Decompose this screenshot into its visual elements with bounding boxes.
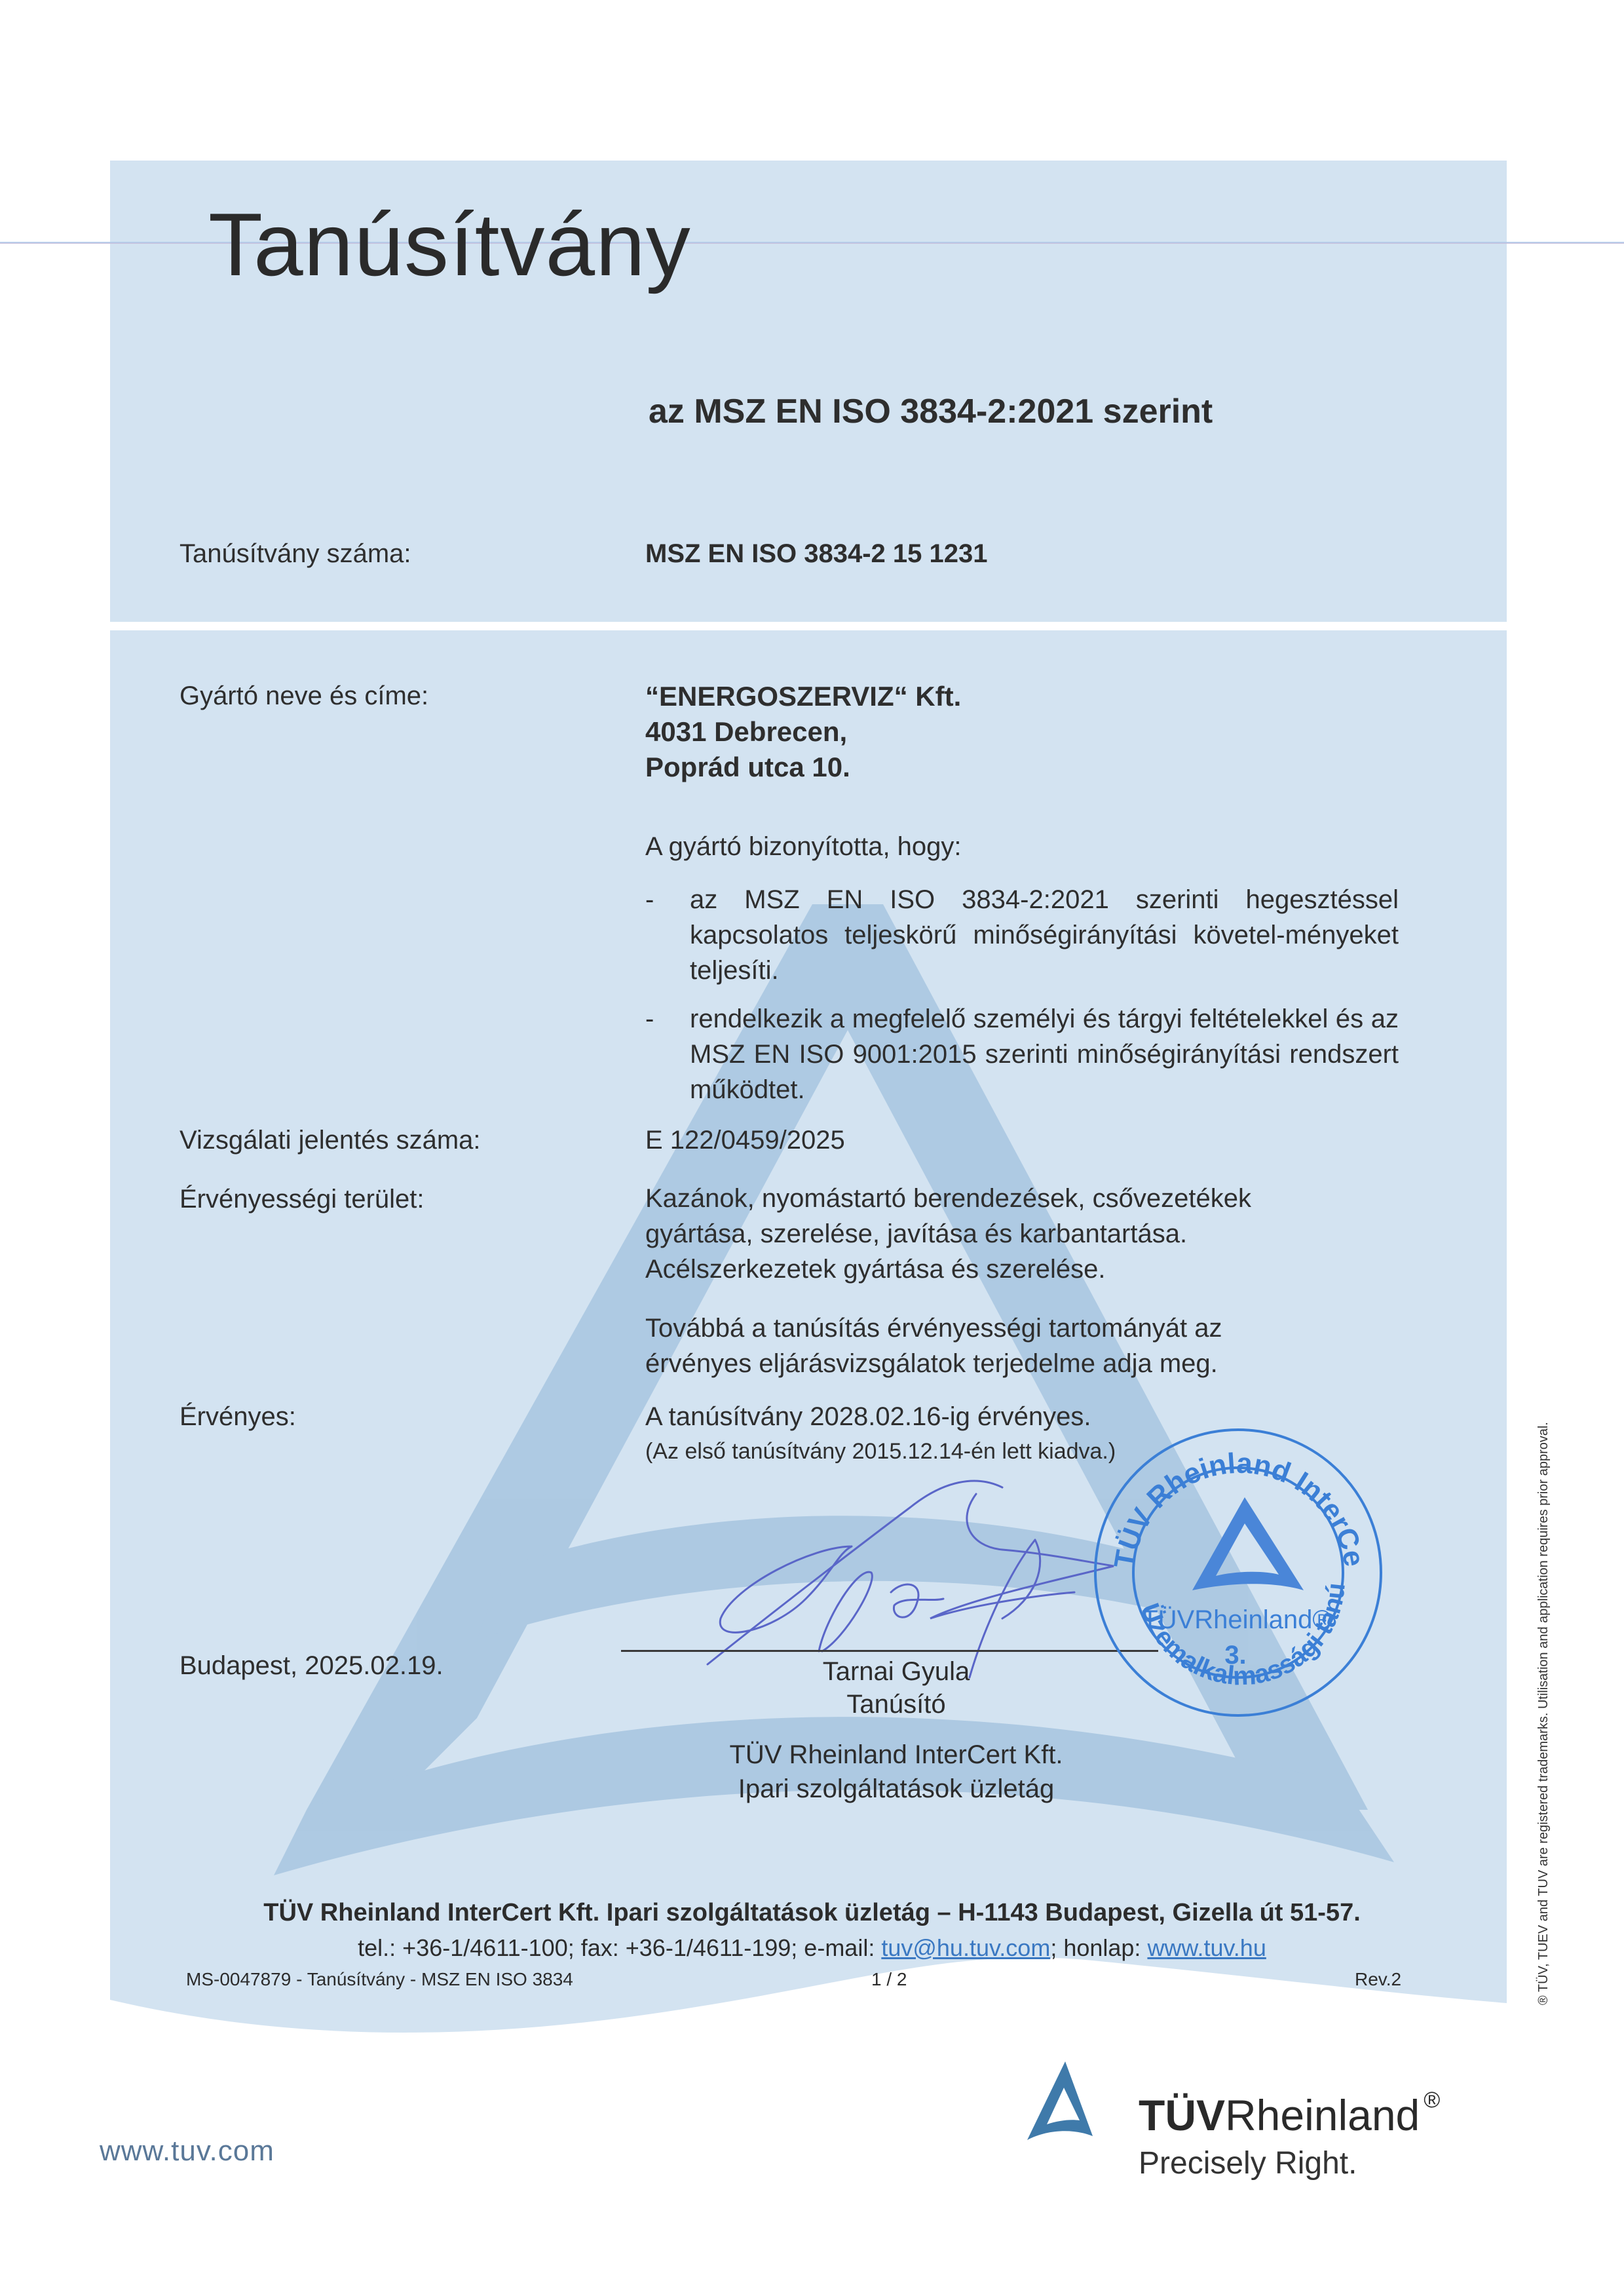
stamp-number: 3. [1224, 1641, 1246, 1670]
issuer-org: TÜV Rheinland InterCert Kft. [634, 1738, 1158, 1772]
scope-note: Továbbá a tanúsítás érvényességi tartomá… [645, 1311, 1222, 1381]
manufacturer-address-line2: Poprád utca 10. [645, 750, 961, 785]
issuer-block: TÜV Rheinland InterCert Kft. Ipari szolg… [634, 1738, 1158, 1806]
proof-bullet-text: az MSZ EN ISO 3834-2:2021 szerinti heges… [690, 882, 1399, 988]
footer-doc-code: MS-0047879 - Tanúsítvány - MSZ EN ISO 38… [186, 1969, 573, 1990]
brand-rest: Rheinland [1225, 2091, 1420, 2139]
scope-block: Kazánok, nyomástartó berendezések, csőve… [645, 1181, 1251, 1287]
proof-intro: A gyártó bizonyította, hogy: [645, 832, 962, 862]
bullet-dash: - [645, 1001, 654, 1037]
scope-label: Érvényességi terület: [179, 1185, 425, 1214]
footer-email-link[interactable]: tuv@hu.tuv.com [881, 1934, 1050, 1961]
certificate-number-value: MSZ EN ISO 3834-2 15 1231 [645, 539, 988, 569]
stamp-brand-text: TÜVRheinland® [1142, 1605, 1332, 1634]
test-report-value: E 122/0459/2025 [645, 1126, 845, 1155]
footer-homepage-link[interactable]: www.tuv.hu [1147, 1934, 1266, 1961]
footer-revision: Rev.2 [1355, 1969, 1401, 1990]
manufacturer-name: “ENERGOSZERVIZ“ Kft. [645, 679, 961, 714]
footer-homepage-label: ; honlap: [1050, 1934, 1147, 1961]
tuv-logo-triangle-icon [1027, 2059, 1093, 2144]
scope-note-line: érvényes eljárásvizsgálatok terjedelme a… [645, 1346, 1222, 1381]
bottom-url-link[interactable]: www.tuv.com [100, 2135, 274, 2168]
first-issue-note: (Az első tanúsítvány 2015.12.14-én lett … [645, 1439, 1116, 1464]
signatory-block: Tarnai Gyula Tanúsító [759, 1655, 1034, 1721]
brand-strong: TÜV [1139, 2091, 1225, 2139]
footer-tel-fax: tel.: +36-1/4611-100; fax: +36-1/4611-19… [358, 1934, 881, 1961]
scope-note-line: Továbbá a tanúsítás érvényességi tartomá… [645, 1311, 1222, 1346]
document-title: Tanúsítvány [208, 200, 691, 289]
footer-company-address: TÜV Rheinland InterCert Kft. Ipari szolg… [0, 1899, 1624, 1927]
footer-contact: tel.: +36-1/4611-100; fax: +36-1/4611-19… [0, 1934, 1624, 1962]
proof-bullet-text: rendelkezik a megfelelő személyi és tárg… [690, 1001, 1399, 1107]
scope-line: gyártása, szerelése, javítása és karbant… [645, 1216, 1251, 1252]
tuv-rheinland-wordmark: TÜVRheinland® [1139, 2090, 1440, 2140]
proof-bullet: - az MSZ EN ISO 3834-2:2021 szerinti heg… [645, 882, 1399, 993]
standard-subtitle: az MSZ EN ISO 3834-2:2021 szerint [649, 392, 1213, 431]
place-date: Budapest, 2025.02.19. [179, 1651, 444, 1681]
manufacturer-label: Gyártó neve és címe: [179, 681, 428, 711]
certificate-number-label: Tanúsítvány száma: [179, 539, 411, 569]
brand-tagline: Precisely Right. [1139, 2145, 1357, 2181]
manufacturer-block: “ENERGOSZERVIZ“ Kft. 4031 Debrecen, Popr… [645, 679, 961, 785]
scope-line: Kazánok, nyomástartó berendezések, csőve… [645, 1181, 1251, 1216]
official-stamp-icon: TÜV Rheinland InterCert Kft. Üzemalkalma… [1087, 1419, 1389, 1720]
signature-line [621, 1650, 1158, 1652]
bullet-dash: - [645, 882, 654, 917]
validity-value: A tanúsítvány 2028.02.16-ig érvényes. [645, 1402, 1091, 1432]
manufacturer-address-line1: 4031 Debrecen, [645, 714, 961, 750]
validity-label: Érvényes: [179, 1402, 296, 1432]
proof-bullet: - rendelkezik a megfelelő személyi és tá… [645, 1001, 1399, 1113]
signatory-name: Tarnai Gyula [759, 1655, 1034, 1688]
test-report-label: Vizsgálati jelentés száma: [179, 1126, 481, 1155]
brand-registered: ® [1424, 2088, 1440, 2113]
issuer-division: Ipari szolgáltatások üzletág [634, 1772, 1158, 1806]
signatory-role: Tanúsító [759, 1688, 1034, 1721]
trademark-notice: ® TÜV, TUEV and TUV are registered trade… [1536, 1422, 1551, 2005]
footer-page-number: 1 / 2 [871, 1969, 907, 1990]
scope-line: Acélszerkezetek gyártása és szerelése. [645, 1252, 1251, 1287]
